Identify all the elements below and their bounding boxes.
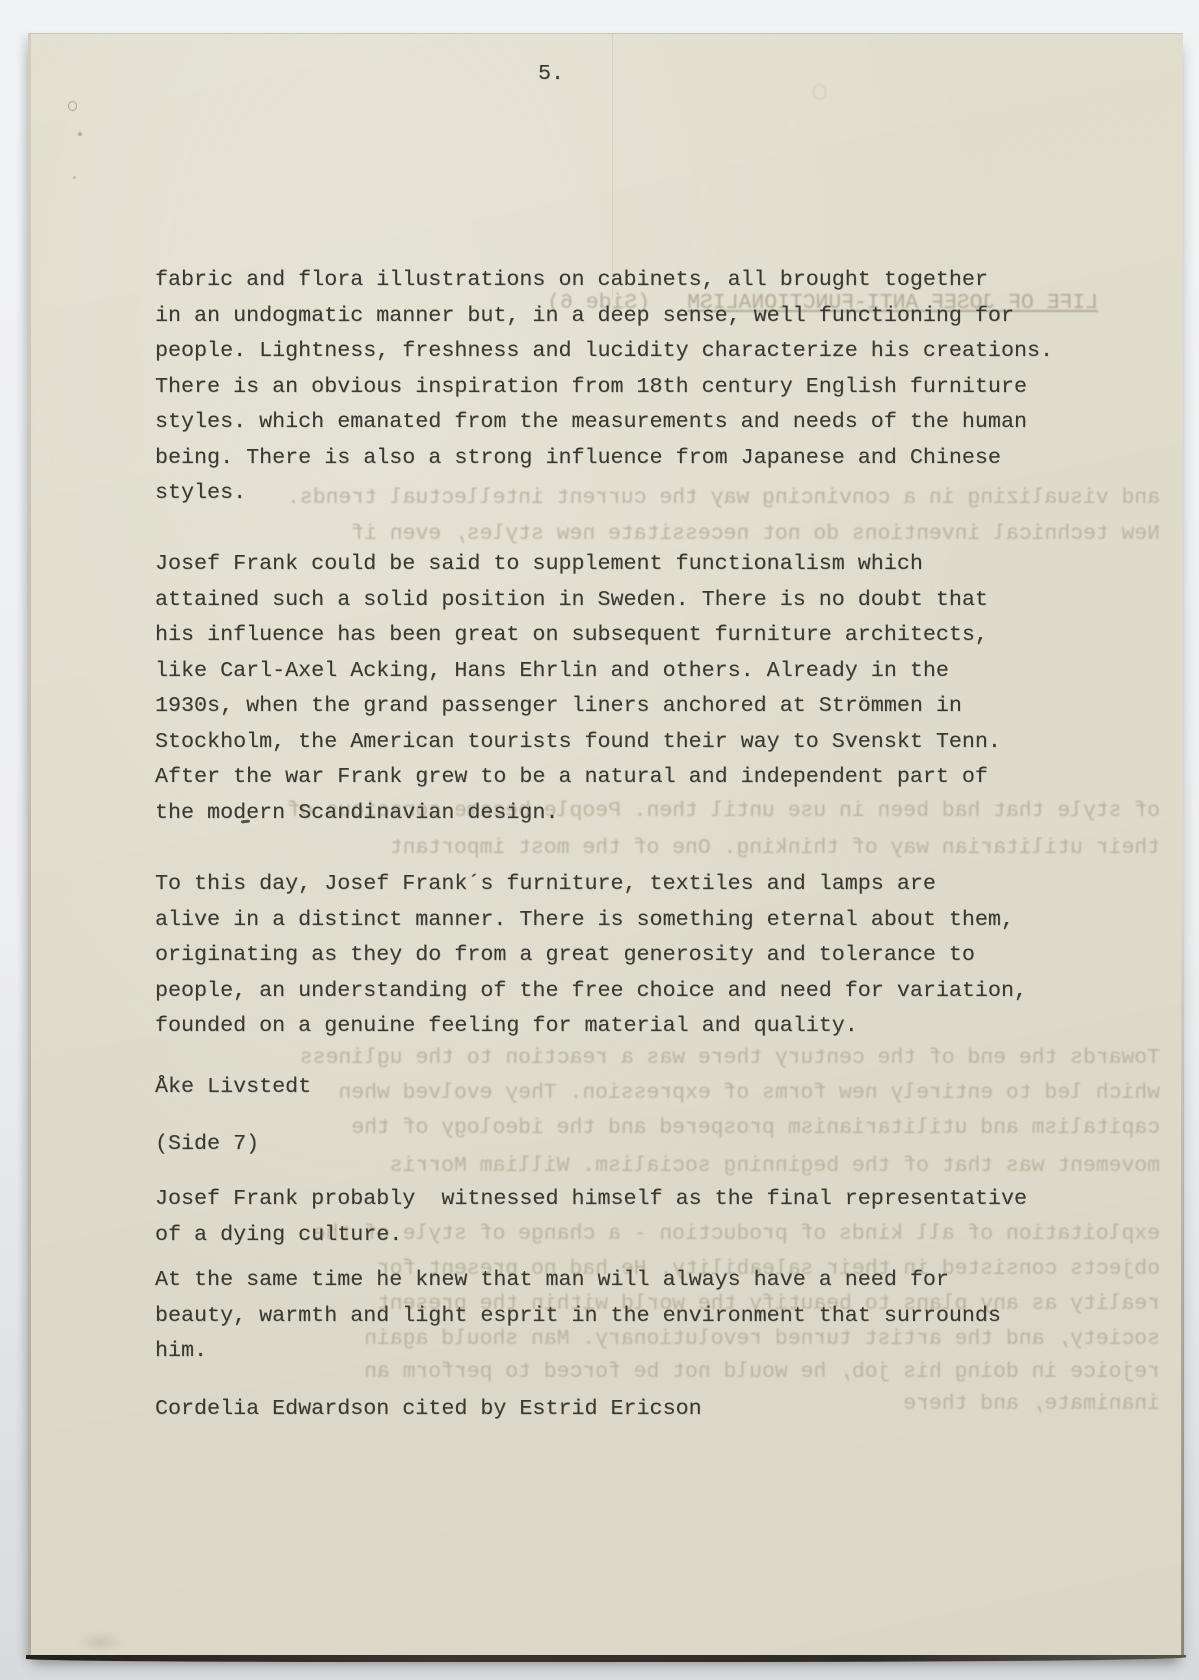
paragraph-3: To this day, Josef Frank´s furniture, te… (155, 866, 1027, 1044)
document-page: (Side 6) LIFE OF JOSEF ANTI-FUNCTIONALIS… (28, 33, 1183, 1656)
scan-background: (Side 6) LIFE OF JOSEF ANTI-FUNCTIONALIS… (0, 0, 1199, 1680)
credit-line: Cordelia Edwardson cited by Estrid Erics… (155, 1391, 702, 1427)
author-name: Åke Livstedt (155, 1069, 311, 1105)
faint-mark (813, 84, 826, 99)
paragraph-5: At the same time he knew that man will a… (155, 1262, 1001, 1369)
paper-speck (68, 101, 77, 111)
paper-smudge (78, 1632, 124, 1652)
page-number: 5. (538, 56, 564, 92)
paper-bottom-edge (26, 1655, 1186, 1662)
paragraph-2: Josef Frank could be said to supplement … (155, 546, 1001, 830)
paper-speck (73, 176, 76, 179)
bleedthrough-line: movement was that of the beginning socia… (148, 1149, 1160, 1185)
bleedthrough-line: capitalism and utilitarianism prospered … (148, 1111, 1160, 1147)
paragraph-4: Josef Frank probably witnessed himself a… (155, 1181, 1027, 1252)
paragraph-1: fabric and flora illustrations on cabine… (155, 262, 1053, 511)
bleedthrough-line: their utilitarian way of thinking. One o… (148, 831, 1160, 867)
side-label: (Side 7) (155, 1126, 259, 1162)
paper-speck (78, 132, 82, 136)
